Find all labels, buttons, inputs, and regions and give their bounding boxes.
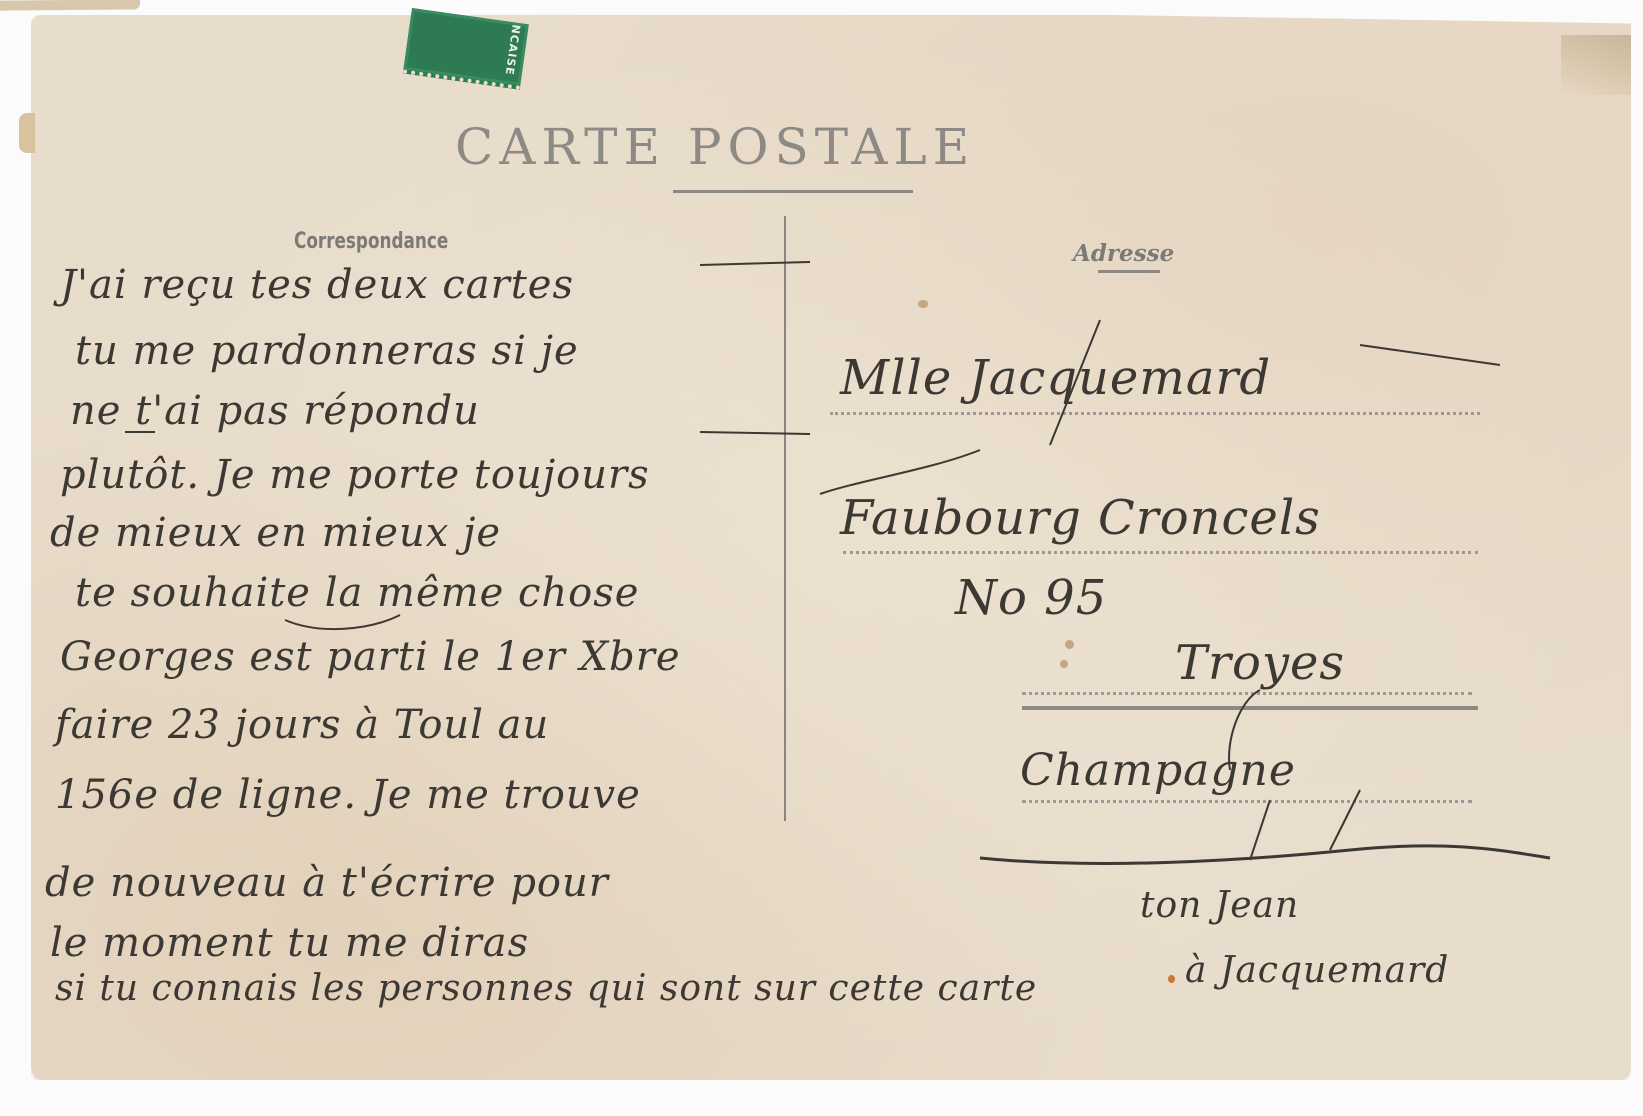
torn-edge-tab xyxy=(19,113,35,153)
torn-paper-scrap xyxy=(0,0,140,11)
recipient-street: Faubourg Croncels xyxy=(840,490,1321,546)
message-line: Georges est parti le 1er Xbre xyxy=(60,634,681,680)
correspondence-label: Correspondance xyxy=(294,229,448,254)
recipient-city: Troyes xyxy=(1175,635,1345,691)
stain-spot xyxy=(1168,975,1175,983)
signature-line-2: à Jacquemard xyxy=(1185,950,1449,991)
address-dotted-line-1 xyxy=(830,412,1480,415)
message-line: 156e de ligne. Je me trouve xyxy=(55,772,641,818)
message-line: si tu connais les personnes qui sont sur… xyxy=(55,968,1037,1009)
message-line: de nouveau à t'écrire pour xyxy=(45,860,609,906)
message-line: le moment tu me diras xyxy=(50,920,529,966)
signature-line-1: ton Jean xyxy=(1140,885,1299,926)
message-line: J'ai reçu tes deux cartes xyxy=(60,262,574,308)
postcard-title: CARTE POSTALE xyxy=(455,118,975,176)
title-underline xyxy=(673,190,913,193)
recipient-region: Champagne xyxy=(1020,745,1296,796)
message-line: de mieux en mieux je xyxy=(50,510,501,556)
address-solid-line xyxy=(1022,706,1478,710)
stain-spot xyxy=(918,300,928,308)
address-dotted-line-3 xyxy=(1022,692,1472,695)
address-dotted-line-4 xyxy=(1022,800,1472,803)
message-line: faire 23 jours à Toul au xyxy=(55,702,549,748)
message-line: tu me pardonneras si je xyxy=(75,328,579,374)
stain-spot xyxy=(1065,640,1074,649)
recipient-number: No 95 xyxy=(955,570,1107,626)
message-line: plutôt. Je me porte toujours xyxy=(60,452,650,498)
message-line: ne t'ai pas répondu xyxy=(70,388,480,434)
stain-spot xyxy=(1060,660,1068,668)
bent-corner xyxy=(1561,35,1631,95)
center-divider xyxy=(784,216,786,821)
stamp-text: NCAISE xyxy=(503,24,523,77)
message-line: te souhaite la même chose xyxy=(75,570,639,616)
recipient-name: Mlle Jacquemard xyxy=(840,350,1271,406)
address-label-underline xyxy=(1098,270,1160,273)
address-label: Adresse xyxy=(1073,240,1174,267)
address-dotted-line-2 xyxy=(843,551,1478,554)
